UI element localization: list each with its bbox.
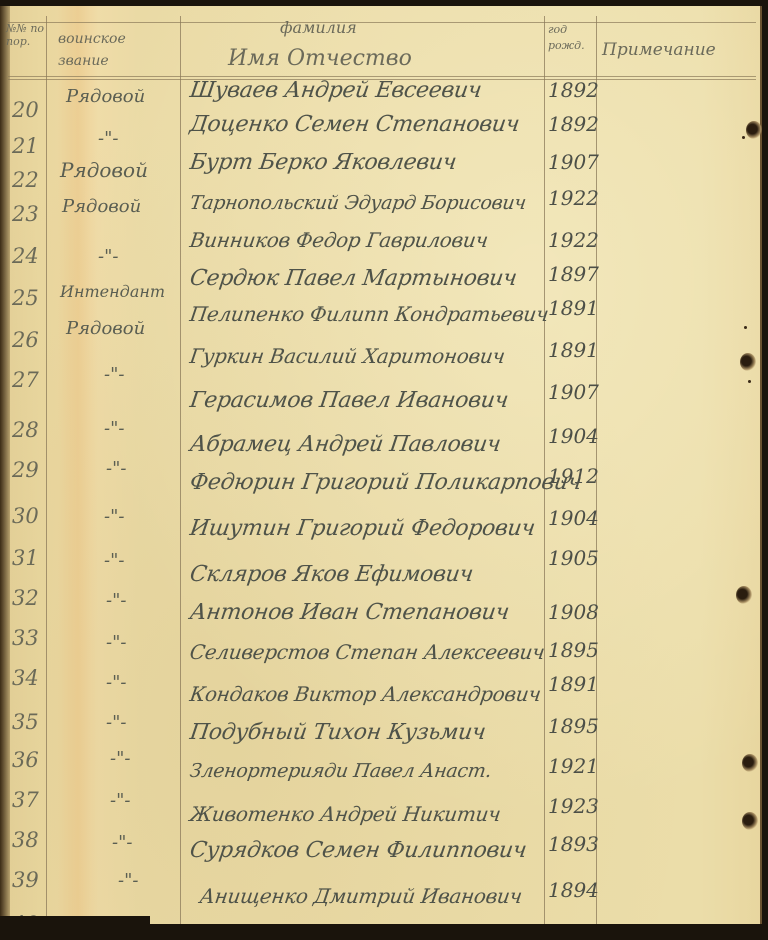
top-rule — [8, 22, 756, 23]
paper-discoloration — [58, 6, 98, 924]
row-year: 1912 — [548, 464, 599, 488]
ink-speck — [742, 136, 745, 139]
header-name-line2: Имя Отчество — [228, 48, 412, 70]
row-year: 1895 — [548, 714, 599, 738]
row-rank: -"- — [106, 672, 126, 693]
row-number: 21 — [12, 134, 39, 158]
row-number: 28 — [12, 418, 39, 442]
row-name: Винников Федор Гаврилович — [188, 228, 489, 252]
row-rank: -"- — [110, 748, 130, 769]
row-number: 36 — [12, 748, 39, 772]
header-year: год рожд. — [548, 22, 592, 54]
row-year: 1904 — [548, 506, 599, 530]
row-number: 24 — [12, 244, 39, 268]
row-number: 22 — [12, 168, 39, 192]
row-year: 1922 — [548, 186, 599, 210]
row-number: 25 — [12, 286, 39, 310]
row-name: Абрамец Андрей Павлович — [188, 432, 502, 457]
row-name: Тарнопольский Эдуард Борисович — [188, 192, 527, 214]
column-divider-number — [46, 16, 47, 924]
row-name: Сурядков Семен Филиппович — [188, 838, 528, 863]
ink-speck — [748, 380, 751, 383]
row-name: Гуркин Василий Харитонович — [188, 344, 506, 368]
row-name: Зленортерияди Павел Анаст. — [188, 760, 492, 782]
row-name: Подубный Тихон Кузьмич — [188, 720, 487, 745]
row-number: 35 — [12, 710, 39, 734]
binding-hole — [742, 754, 758, 772]
row-rank: Рядовой — [60, 158, 148, 182]
row-name: Селиверстов Степан Алексеевич — [188, 640, 546, 664]
row-number: 33 — [12, 626, 39, 650]
row-name: Доценко Семен Степанович — [188, 112, 521, 137]
binding-hole — [740, 353, 756, 371]
row-rank: Интендант — [60, 282, 165, 301]
row-rank: Рядовой — [66, 318, 145, 339]
row-name: Антонов Иван Степанович — [188, 600, 510, 625]
row-year: 1892 — [548, 112, 599, 136]
row-rank: Рядовой — [66, 86, 145, 107]
row-rank: -"- — [104, 418, 124, 439]
row-rank: -"- — [106, 632, 126, 653]
row-year: 1907 — [548, 150, 599, 174]
row-year: 1892 — [548, 78, 599, 102]
row-year: 1891 — [548, 296, 599, 320]
binding-hole — [746, 121, 762, 139]
row-rank: Рядовой — [62, 196, 141, 217]
binding-hole — [742, 812, 758, 830]
row-number: 38 — [12, 828, 39, 852]
row-year: 1891 — [548, 672, 599, 696]
row-name: Животенко Андрей Никитич — [188, 802, 502, 826]
binding-hole — [736, 586, 752, 604]
header-rule — [8, 76, 756, 77]
row-number: 31 — [12, 546, 39, 570]
row-rank: -"- — [98, 246, 118, 267]
row-number: 27 — [12, 368, 39, 392]
header-number: №№ по пор. — [6, 22, 46, 48]
row-name: Скляров Яков Ефимович — [188, 562, 474, 587]
row-name: Герасимов Павел Иванович — [188, 388, 510, 413]
row-name: Федюрин Григорий Поликарпович — [188, 470, 583, 495]
row-rank: -"- — [104, 550, 124, 571]
row-year: 1907 — [548, 380, 599, 404]
header-rank: воинское звание — [58, 28, 168, 72]
row-rank: -"- — [106, 458, 126, 479]
row-name: Бурт Берко Яковлевич — [188, 150, 458, 175]
row-rank: -"- — [118, 870, 138, 891]
row-year: 1895 — [548, 638, 599, 662]
row-name: Анищенко Дмитрий Иванович — [198, 884, 523, 908]
page-edge-stain — [0, 6, 10, 924]
scan-border-corner — [0, 916, 150, 940]
document-page: №№ по пор. воинское звание фамилия Имя О… — [0, 6, 762, 924]
row-rank: -"- — [110, 790, 130, 811]
row-name: Шуваев Андрей Евсеевич — [188, 78, 483, 103]
row-number: 20 — [12, 98, 39, 122]
row-year: 1923 — [548, 794, 599, 818]
row-number: 29 — [12, 458, 39, 482]
row-number: 32 — [12, 586, 39, 610]
row-year: 1908 — [548, 600, 599, 624]
row-year: 1894 — [548, 878, 599, 902]
row-number: 26 — [12, 328, 39, 352]
row-name: Кондаков Виктор Александрович — [188, 682, 542, 706]
row-year: 1891 — [548, 338, 599, 362]
row-name: Пелипенко Филипп Кондратьевич — [188, 302, 550, 326]
row-rank: -"- — [106, 712, 126, 733]
row-year: 1893 — [548, 832, 599, 856]
row-rank: -"- — [104, 364, 124, 385]
header-notes: Примечание — [602, 42, 716, 59]
row-name: Сердюк Павел Мартынович — [188, 266, 518, 291]
row-year: 1921 — [548, 754, 599, 778]
row-year: 1905 — [548, 546, 599, 570]
row-year: 1897 — [548, 262, 599, 286]
row-rank: -"- — [112, 832, 132, 853]
row-year: 1904 — [548, 424, 599, 448]
column-divider-rank — [180, 16, 181, 924]
row-rank: -"- — [104, 506, 124, 527]
ink-speck — [744, 326, 747, 329]
row-number: 23 — [12, 202, 39, 226]
row-year: 1922 — [548, 228, 599, 252]
row-number: 30 — [12, 504, 39, 528]
row-number: 34 — [12, 666, 39, 690]
row-name: Ишутин Григорий Федорович — [188, 516, 536, 541]
row-rank: -"- — [98, 128, 118, 149]
row-number: 37 — [12, 788, 39, 812]
page-binding-edge — [760, 6, 762, 924]
header-name-line1: фамилия — [280, 20, 357, 36]
row-rank: -"- — [106, 590, 126, 611]
row-number: 39 — [12, 868, 39, 892]
